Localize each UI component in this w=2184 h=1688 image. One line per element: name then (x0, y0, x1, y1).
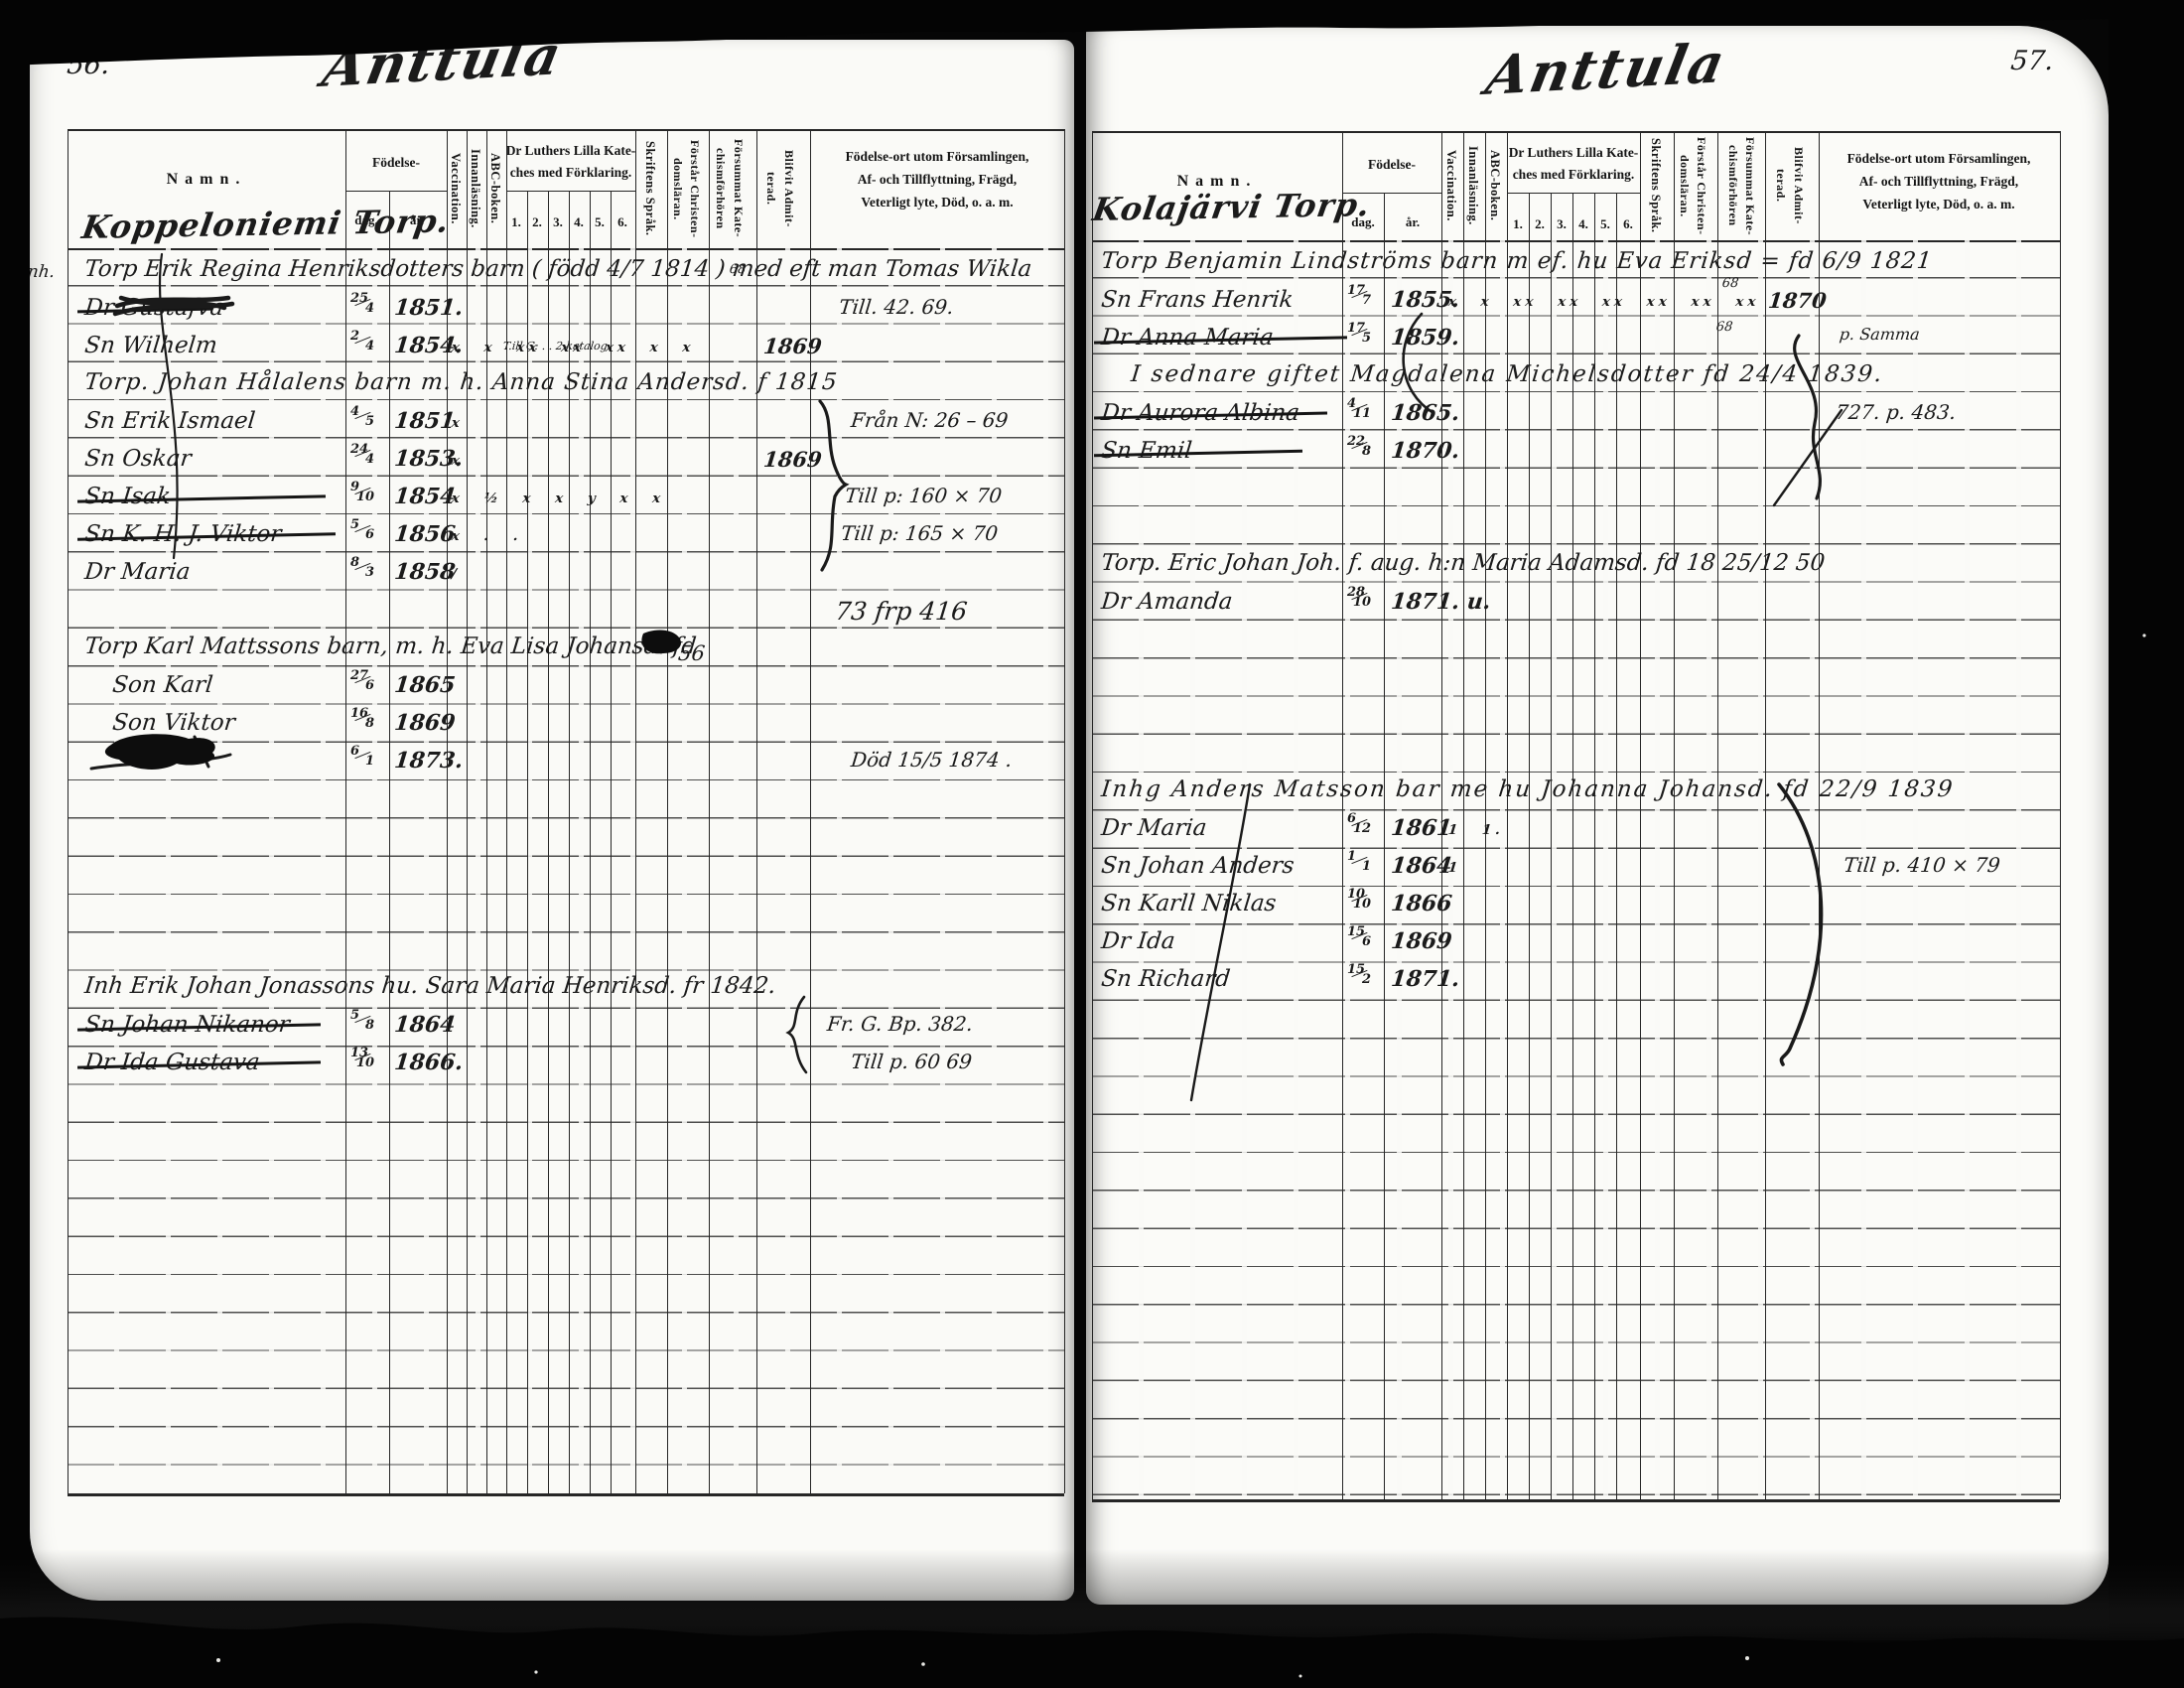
reading-marks: x . . (451, 528, 523, 544)
row-heading-text: Inh Erik Johan Jonassons hu. Sara Maria … (83, 973, 777, 999)
column-header-forsummat2: chismförhören (713, 135, 728, 242)
margin-annotation: Från N: 26 – 69 (850, 408, 1010, 432)
column-header-fodelseort-line1: Födelse-ort utom Församlingen, (1790, 151, 2088, 167)
birth-year: 1856 (393, 521, 457, 547)
reading-marks: x ½ x x y x x (451, 491, 665, 506)
bottom-black-band (0, 1618, 2184, 1688)
birth-year: 1869 (1390, 928, 1453, 954)
table-column-line (1674, 131, 1675, 1499)
row-heading-text: Torp Karl Mattssons barn, m. h. Eva Lisa… (83, 633, 698, 659)
table-column-line (1092, 131, 1093, 1499)
page-title: Anttula (318, 23, 568, 99)
row-heading-text: Torp Benjamin Lindströms barn m ef. hu E… (1100, 248, 1934, 274)
admitted-year: 1869 (762, 334, 823, 358)
birth-year: 1865. (1390, 400, 1461, 426)
katekes-number: 3. (548, 214, 568, 230)
page-number: 57. (2009, 46, 2055, 76)
margin-annotation: 727. p. 483. (1835, 400, 1957, 424)
birth-year: 1866. (393, 1050, 465, 1075)
table-column-line (1463, 131, 1464, 1499)
birth-year: 1851. (393, 295, 465, 321)
reading-marks: 1 (1447, 860, 1462, 876)
margin-annotation: Till p: 160 × 70 (844, 484, 1003, 507)
table-column-line (506, 129, 507, 1493)
reading-marks: 1 1. (1447, 822, 1505, 838)
margin-note: Inh. (20, 262, 56, 282)
birth-day: 175 (1346, 323, 1373, 344)
birth-day: 11 (1346, 851, 1373, 872)
table-column-line (345, 129, 346, 1493)
birth-day: 83 (349, 557, 376, 578)
birth-year: 1873. (393, 748, 465, 774)
katekes-number: 4. (1573, 216, 1593, 232)
table-column-line (1551, 193, 1552, 1499)
table-column-line (1640, 131, 1641, 1499)
margin-annotation: Till. 42. 69. (838, 295, 955, 319)
column-header-forsummat2: chismförhören (1725, 137, 1740, 234)
table-column-line (709, 129, 710, 1493)
stray-note: 68 (1721, 276, 1739, 291)
margin-annotation: 73 frp 416 (834, 597, 969, 626)
birth-day: 1010 (1346, 889, 1373, 910)
column-header-forstar1: Förstår Christen- (687, 135, 702, 242)
reading-marks: x (451, 415, 465, 431)
birth-day: 910 (349, 482, 376, 502)
table-column-line (2060, 131, 2061, 1499)
column-header-fodelseort-line1: Födelse-ort utom Församlingen, (788, 149, 1086, 165)
birth-year: 1865 (393, 672, 457, 698)
column-header-forsummat1: Försummat Kate- (1742, 137, 1757, 234)
table-column-line (756, 129, 757, 1493)
birth-day: 168 (349, 708, 376, 729)
birth-day: 1310 (349, 1048, 376, 1068)
column-header-vaccination: Vaccination. (448, 135, 463, 242)
person-name: Sn Erik Ismael (83, 408, 256, 434)
birth-year: 1858 (393, 559, 457, 585)
person-name: Sn Frans Henrik (1100, 287, 1295, 313)
table-bottom-border (1092, 1499, 2060, 1502)
column-header-forsummat1: Försummat Kate- (731, 135, 746, 242)
column-header-blifvit2: terad. (1773, 137, 1788, 234)
column-header-katekes-line2: ches med Förklaring. (496, 165, 645, 181)
katekes-number: 3. (1552, 216, 1571, 232)
birth-day: 276 (349, 670, 376, 691)
birth-day: 58 (349, 1010, 376, 1031)
margin-annotation: p. Samma (1839, 325, 1921, 344)
scanned-parish-register: Namn.Födelse-dag.år.Vaccination.Innanläs… (0, 0, 2184, 1688)
birth-year: 1870. (1390, 438, 1461, 464)
birth-year: 1851 (393, 408, 457, 434)
column-header-namn: Namn. (137, 171, 276, 189)
katekes-number: 5. (1595, 216, 1615, 232)
person-name: Sn Isak (83, 484, 172, 509)
column-header-fodelseort-line2: Af- och Tillflyttning, Frägd, (788, 172, 1086, 188)
birth-year: 1871. (1390, 966, 1461, 992)
birth-day: 152 (1346, 964, 1373, 985)
header-sub-line (506, 191, 635, 192)
table-column-line (1765, 131, 1766, 1499)
column-header-innanlasning: Innanläsning. (468, 135, 482, 242)
column-header-ar: år. (1393, 214, 1433, 230)
katekes-number: 2. (1530, 216, 1550, 232)
table-column-line (1064, 129, 1065, 1493)
birth-year: 1869 (393, 710, 457, 736)
table-column-line (467, 129, 468, 1493)
column-header-fodelse: Födelse- (346, 155, 446, 171)
row-heading-text: Inhg Anders Matsson bar me hu Johanna Jo… (1100, 776, 1956, 802)
table-column-line (1485, 131, 1486, 1499)
person-name: Sn Oskar (83, 446, 193, 472)
katekes-number: 6. (1618, 216, 1638, 232)
person-name: Son Karl (111, 672, 214, 698)
birth-year: 1854 (393, 484, 457, 509)
table-column-line (1616, 193, 1617, 1499)
column-header-fodelseort-line2: Af- och Tillflyttning, Frägd, (1790, 174, 2088, 190)
margin-annotation: Död 15/5 1874 . (850, 748, 1014, 772)
birth-day: 244 (349, 444, 376, 465)
column-header-innanlasning: Innanläsning. (1465, 137, 1480, 234)
person-name: Sn Karll Niklas (1100, 891, 1278, 916)
katekes-number: 2. (527, 214, 547, 230)
reading-marks: x (451, 453, 465, 469)
katekes-number: 5. (590, 214, 610, 230)
row-heading-text: Torp. Eric Johan Joh. f. aug. h:n Maria … (1100, 550, 1827, 576)
katekes-number: 4. (569, 214, 589, 230)
birth-year: 1861 (1390, 815, 1453, 841)
admitted-year: 1870 (1767, 288, 1828, 313)
person-name: Dr Amanda (1100, 589, 1234, 615)
birth-day: 56 (349, 519, 376, 540)
birth-day: 411 (1346, 398, 1373, 419)
reading-marks: x x xx xx xx xx xx xx (1447, 294, 1760, 310)
person-name: Dr Maria (83, 559, 192, 585)
table-column-line (1507, 131, 1508, 1499)
page-title: Anttula (1481, 31, 1731, 107)
table-top-border (1092, 131, 2060, 133)
column-header-forstar2: domsläran. (1677, 137, 1692, 234)
birth-year: 1871. u. (1390, 589, 1492, 615)
birth-day: 2810 (1346, 587, 1373, 608)
header-sub-line (345, 191, 447, 192)
row-heading-text: Torp. Johan Hålalens barn m. h. Anna Sti… (83, 369, 839, 395)
column-header-fodelseort-line3: Veterligt lyte, Död, o. a. m. (788, 195, 1086, 211)
table-column-line (68, 129, 68, 1493)
column-header-katekes-line1: Dr Luthers Lilla Kate- (496, 143, 645, 159)
katekes-number: 6. (613, 214, 632, 230)
reading-marks: / (451, 566, 462, 582)
birth-day: 45 (349, 406, 376, 427)
column-header-forstar2: domsläran. (670, 135, 685, 242)
birth-year: 1864 (393, 1012, 457, 1038)
column-header-vaccination: Vaccination. (1443, 137, 1458, 234)
table-row-lines (68, 248, 1064, 1493)
birth-day: 612 (1346, 813, 1373, 834)
margin-annotation: Fr. G. Bp. 382. (826, 1012, 974, 1036)
table-column-line (1819, 131, 1820, 1499)
right-black-edge (2109, 0, 2184, 1688)
table-column-line (1594, 193, 1595, 1499)
table-top-border (68, 129, 1064, 131)
person-name: Son Viktor (111, 710, 236, 736)
person-name: Dr Ida (1100, 928, 1176, 954)
admitted-year: 1869 (762, 447, 823, 472)
column-header-forstar1: Förstår Christen- (1694, 137, 1708, 234)
column-header-fodelse: Födelse- (1342, 157, 1441, 173)
table-column-line (667, 129, 668, 1493)
left-black-edge (0, 0, 30, 1688)
person-name: Sn Richard (1100, 966, 1231, 992)
table-column-line (1717, 131, 1718, 1499)
margin-annotation: Till p: 165 × 70 (840, 521, 999, 545)
table-column-line (486, 129, 487, 1493)
birth-day: 156 (1346, 926, 1373, 947)
table-column-line (1529, 193, 1530, 1499)
stray-note: 68 (729, 262, 747, 277)
katekes-number: 1. (1508, 216, 1528, 232)
stray-note: 68 (1715, 320, 1733, 335)
column-header-katekes-line1: Dr Luthers Lilla Kate- (1499, 145, 1648, 161)
column-header-skriftens: Skriftens Språk. (1648, 137, 1663, 234)
table-column-line (1572, 193, 1573, 1499)
birth-day: 228 (1346, 436, 1373, 457)
birth-day: 254 (349, 293, 376, 314)
row-heading-text: I sednare giftet Magdalena Michelsdotter… (1130, 361, 1885, 387)
group-heading: Kolajärvi Torp. (1090, 186, 1373, 228)
birth-year: 1859. (1390, 325, 1461, 351)
birth-year: 1864 (1390, 853, 1453, 879)
stray-note: 56 (677, 641, 706, 665)
birth-day: 24 (349, 331, 376, 352)
column-header-fodelseort-line3: Veterligt lyte, Död, o. a. m. (1790, 197, 2088, 212)
column-header-skriftens: Skriftens Språk. (642, 135, 657, 242)
person-name: Sn Johan Anders (1100, 853, 1296, 879)
birth-day: 61 (349, 746, 376, 767)
table-bottom-border (68, 1493, 1064, 1496)
margin-annotation: Till p. 410 × 79 (1843, 853, 2001, 877)
person-name: Sn Wilhelm (83, 333, 218, 358)
row-heading-text: Torp Erik Regina Henriksdotters barn ( f… (83, 256, 1033, 282)
column-header-blifvit2: terad. (763, 135, 778, 242)
katekes-number: 1. (506, 214, 526, 230)
table-column-line (1384, 193, 1385, 1499)
birth-year: 1866 (1390, 891, 1453, 916)
table-column-line (635, 129, 636, 1493)
margin-annotation: Till p. 60 69 (850, 1050, 973, 1073)
birth-day: 177 (1346, 285, 1373, 306)
person-name: Dr Maria (1100, 815, 1208, 841)
person-name: Sn Emil (1100, 438, 1193, 464)
column-header-katekes-line2: ches med Förklaring. (1499, 167, 1648, 183)
stray-note: T.ill G: . . 2 katalog (502, 340, 608, 352)
page-number: 56. (66, 50, 111, 80)
group-heading: Koppeloniemi Torp. (79, 202, 453, 246)
